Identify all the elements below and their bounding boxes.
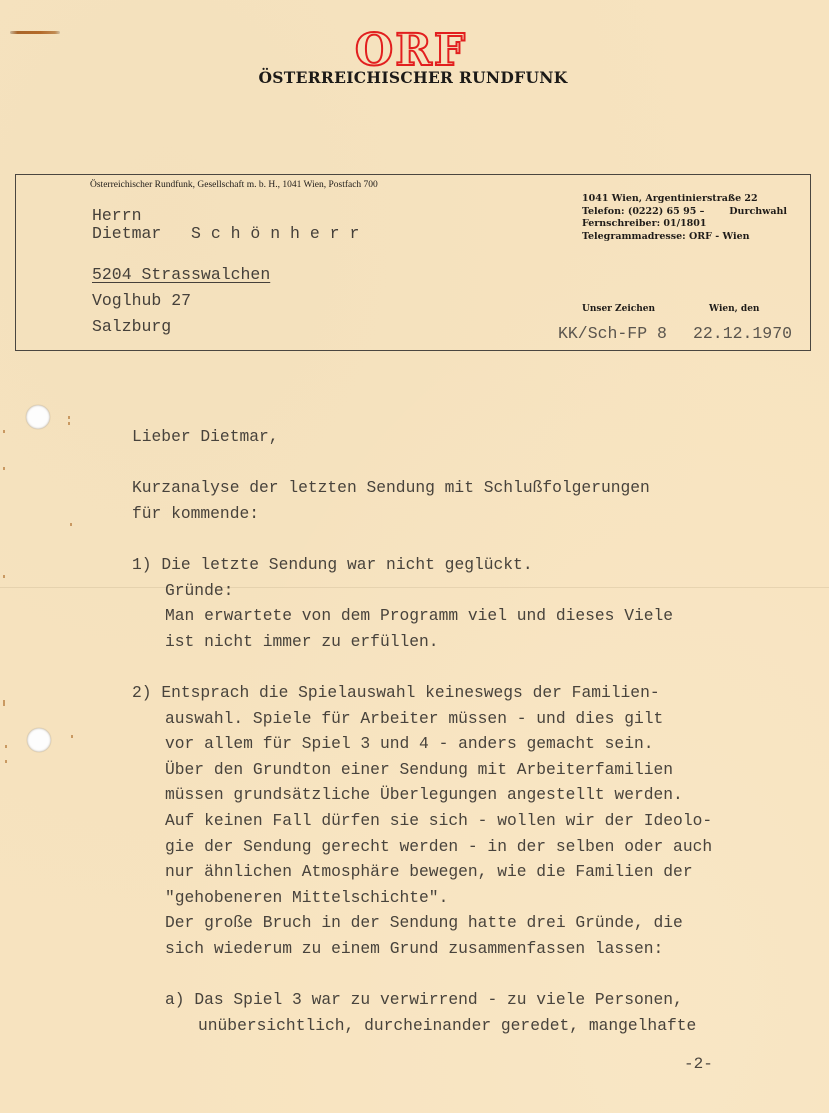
foxing-mark: [3, 430, 5, 433]
letter-body: Lieber Dietmar, Kurzanalyse der letzten …: [132, 424, 772, 1038]
foxing-mark: [3, 703, 5, 706]
orf-telex: Fernschreiber: 01/1801: [582, 218, 787, 231]
punch-hole-top: [26, 405, 50, 429]
point-2-line: nur ähnlichen Atmosphäre bewegen, wie di…: [132, 859, 772, 885]
point-2-marker: 2): [132, 683, 152, 702]
page-indicator: -2-: [684, 1055, 713, 1073]
recipient-street: Voglhub 27: [92, 291, 191, 310]
point-2-line: müssen grundsätzliche Überlegungen anges…: [132, 782, 772, 808]
point-2-line: sich wiederum zu einem Grund zusammenfas…: [132, 936, 772, 962]
point-2-line: Der große Bruch in der Sendung hatte dre…: [132, 910, 772, 936]
point-1-line: Man erwartete von dem Programm viel und …: [132, 603, 772, 629]
orf-phone-row: Telefon: (0222) 65 95 – Durchwahl: [582, 206, 787, 219]
recipient-postal-city: 5204 Strasswalchen: [92, 265, 270, 284]
point-2-first-line: 2) Entsprach die Spielauswahl keineswegs…: [132, 680, 772, 706]
reference-label: Unser Zeichen: [582, 304, 655, 314]
point-2-line: Über den Grundton einer Sendung mit Arbe…: [132, 757, 772, 783]
recipient-salutation: Herrn: [92, 206, 142, 225]
foxing-mark: [70, 523, 72, 526]
point-2-line: Auf keinen Fall dürfen sie sich - wollen…: [132, 808, 772, 834]
foxing-mark: [3, 575, 5, 578]
subpoint-a-marker: a): [165, 990, 185, 1009]
punch-hole-bottom: [27, 728, 51, 752]
point-1-line: ist nicht immer zu erfüllen.: [132, 629, 772, 655]
point-1-marker: 1): [132, 555, 152, 574]
orf-contact-block: 1041 Wien, Argentinierstraße 22 Telefon:…: [582, 193, 787, 243]
greeting: Lieber Dietmar,: [132, 424, 772, 450]
foxing-mark: [68, 422, 70, 425]
intro-line: für kommende:: [132, 501, 772, 527]
subpoint-a-line: unübersichtlich, durcheinander geredet, …: [132, 1013, 772, 1039]
point-2-line: "gehobeneren Mittelschichte".: [132, 885, 772, 911]
date-label: Wien, den: [709, 304, 759, 314]
orf-phone-extension-label: Durchwahl: [729, 206, 787, 219]
sender-return-address: Österreichischer Rundfunk, Gesellschaft …: [90, 180, 378, 190]
foxing-mark: [68, 416, 70, 419]
intro-line: Kurzanalyse der letzten Sendung mit Schl…: [132, 475, 772, 501]
foxing-mark: [5, 760, 7, 763]
subpoint-a-first-line: a) Das Spiel 3 war zu verwirrend - zu vi…: [132, 987, 772, 1013]
date-value: 22.12.1970: [693, 324, 792, 343]
orf-telegram: Telegrammadresse: ORF - Wien: [582, 231, 787, 244]
staple-mark: [10, 31, 60, 34]
foxing-mark: [5, 745, 7, 748]
recipient-name: Dietmar S c h ö n h e r r: [92, 224, 359, 243]
reference-value: KK/Sch-FP 8: [558, 324, 667, 343]
point-2-line: auswahl. Spiele für Arbeiter müssen - un…: [132, 706, 772, 732]
foxing-mark: [3, 467, 5, 470]
orf-address: 1041 Wien, Argentinierstraße 22: [582, 193, 787, 206]
orf-logo: ORF: [340, 31, 482, 71]
recipient-region: Salzburg: [92, 317, 171, 336]
foxing-mark: [71, 735, 73, 738]
point-2-line: gie der Sendung gerecht werden - in der …: [132, 834, 772, 860]
orf-phone: Telefon: (0222) 65 95 –: [582, 206, 704, 219]
point-1-line: Gründe:: [132, 578, 772, 604]
point-1-first-line: 1) Die letzte Sendung war nicht geglückt…: [132, 552, 772, 578]
company-name: ÖSTERREICHISCHER RUNDFUNK: [248, 68, 578, 87]
point-2-line: vor allem für Spiel 3 und 4 - anders gem…: [132, 731, 772, 757]
